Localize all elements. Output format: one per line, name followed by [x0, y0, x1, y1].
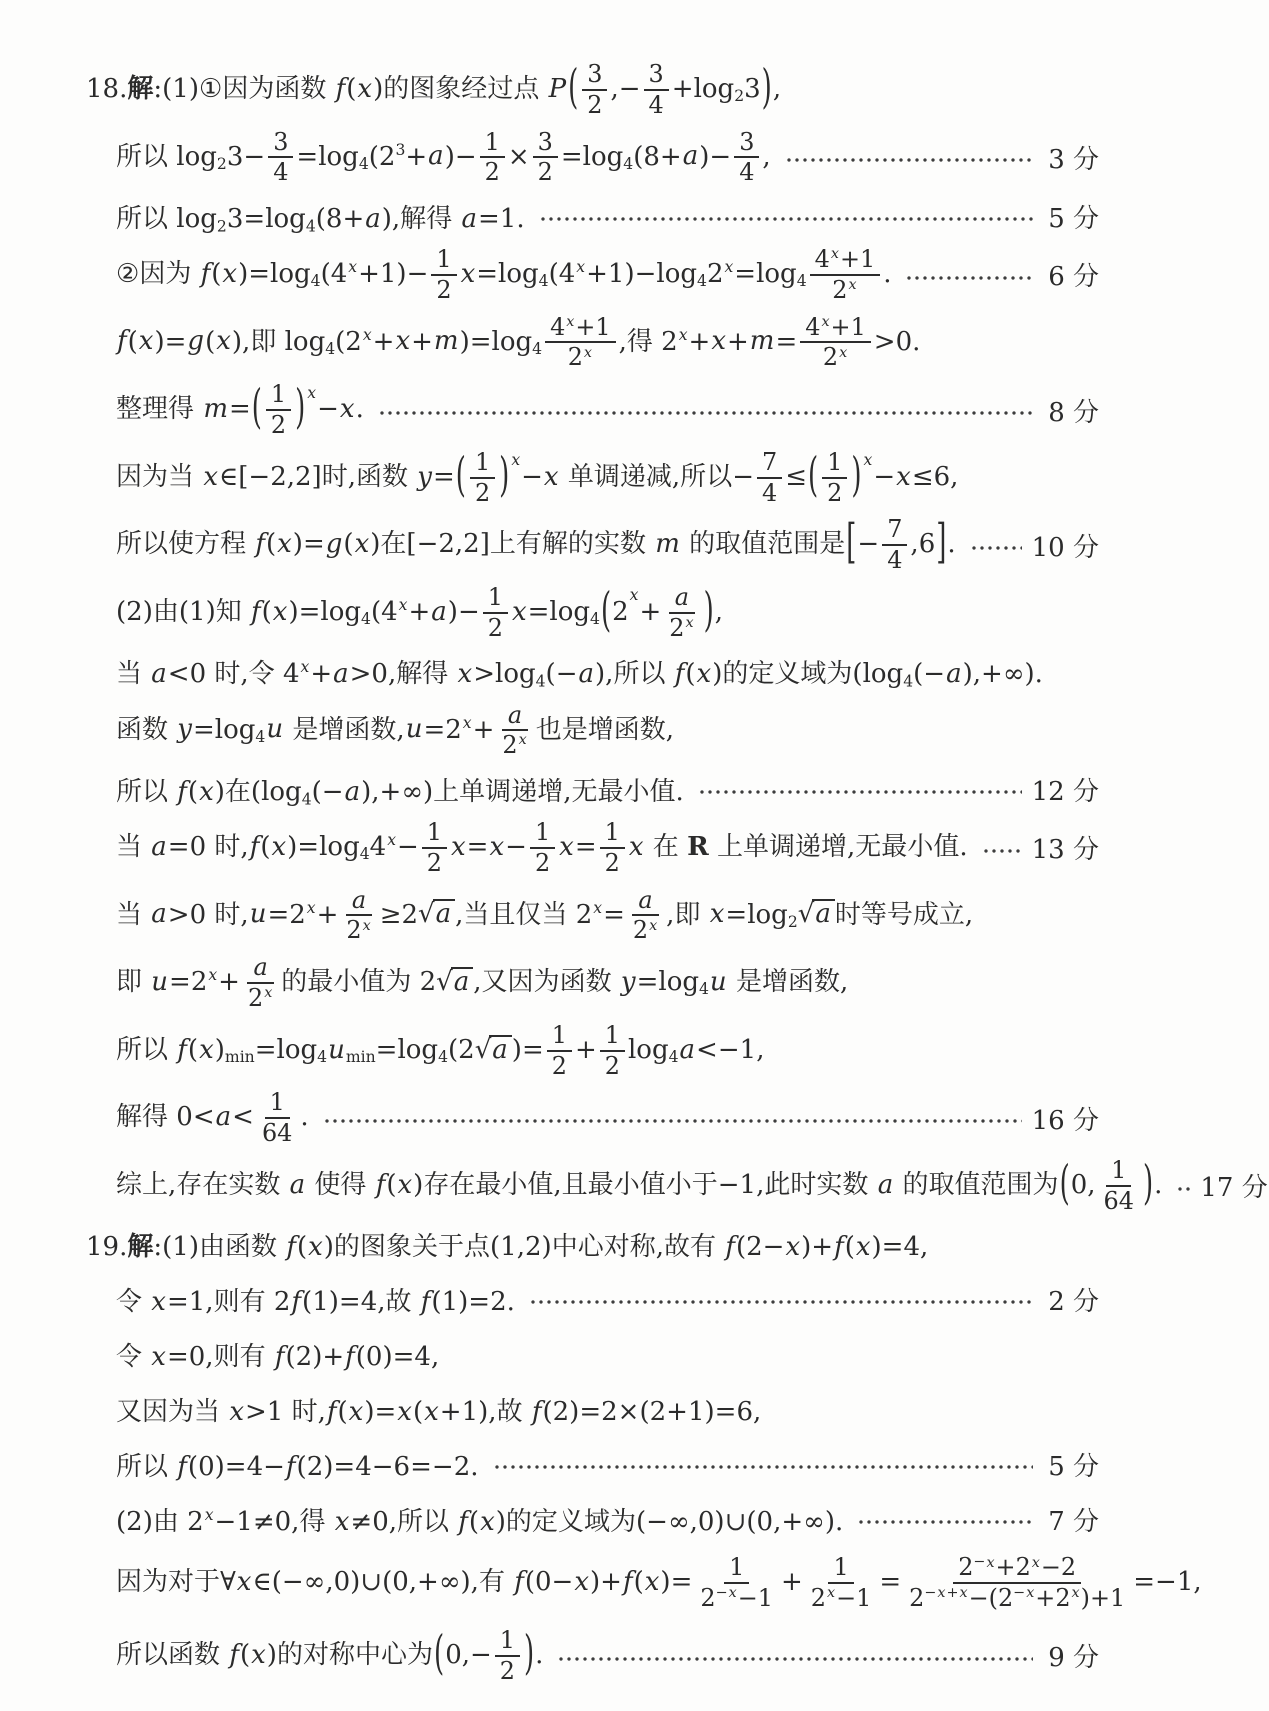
- fraction: 12−x−1: [695, 1553, 778, 1613]
- numerator: 1: [724, 1553, 749, 1584]
- superscript: x: [207, 966, 218, 984]
- superscript: −x: [716, 1585, 738, 1601]
- fraction: 12: [480, 128, 505, 188]
- line-content: 当 a=0 时,f(x)=log44x−12x=x−12x=12x 在 R 上单…: [116, 818, 968, 878]
- fraction: 34: [644, 60, 669, 120]
- superscript: x: [575, 258, 586, 276]
- superscript: x: [723, 258, 734, 276]
- line-content: f(x)=g(x),即 log4(2x+x+m)=log44x+12x,得 2x…: [116, 313, 920, 373]
- big-delimiter: [: [845, 516, 857, 570]
- fraction: 12: [547, 1021, 572, 1081]
- denominator: 2: [480, 158, 505, 187]
- subscript: 2: [788, 913, 798, 931]
- fraction: 32: [533, 128, 558, 188]
- line-content: 令 x=0,则有 f(2)+f(0)=4,: [116, 1336, 439, 1373]
- solution-line: 当 a>0 时,u=2x+a2x≥2√a,当且仅当 2x=a2x,即 x=log…: [116, 886, 1099, 946]
- fraction: 12: [483, 583, 508, 643]
- solution-line: 当 a<0 时,令 4x+a>0,解得 x>log4(−a),所以 f(x)的定…: [116, 651, 1099, 693]
- denominator: 2: [422, 849, 447, 878]
- superscript: x: [518, 732, 528, 748]
- superscript: x: [510, 451, 521, 469]
- big-delimiter: (: [600, 584, 612, 638]
- denominator: 2: [483, 614, 508, 643]
- superscript: x: [648, 918, 658, 934]
- numerator: a: [502, 701, 528, 732]
- dot-leader: [698, 788, 1022, 796]
- denominator: 4: [734, 158, 759, 187]
- fraction: 164: [1099, 1156, 1139, 1216]
- fraction: 12: [600, 818, 625, 878]
- numerator: 1: [480, 128, 505, 159]
- subscript: 4: [317, 1048, 327, 1066]
- superscript: x: [347, 258, 358, 276]
- fraction: 12: [530, 818, 555, 878]
- fraction: a2x: [243, 953, 278, 1013]
- solution-line: (2)由 2x−1≠0,得 x≠0,所以 f(x)的定义域为(−∞,0)∪(0,…: [116, 1498, 1099, 1540]
- numerator: a: [632, 886, 658, 917]
- subscript: min: [225, 1048, 255, 1066]
- denominator: 2x: [827, 276, 862, 305]
- superscript: x: [306, 899, 317, 917]
- line-content: (2)由 2x−1≠0,得 x≠0,所以 f(x)的定义域为(−∞,0)∪(0,…: [116, 1501, 843, 1538]
- solution-line: 又因为当 x>1 时,f(x)=x(x+1),故 f(2)=2×(2+1)=6,: [116, 1388, 1099, 1430]
- line-content: 又因为当 x>1 时,f(x)=x(x+1),故 f(2)=2×(2+1)=6,: [116, 1391, 761, 1428]
- score-label: 16 分: [1032, 1100, 1099, 1137]
- subscript: 4: [590, 610, 600, 628]
- numerator: 3: [734, 128, 759, 159]
- fraction: 4x+12x: [800, 313, 871, 373]
- dot-leader: [982, 847, 1022, 855]
- superscript: −x: [973, 1555, 995, 1571]
- superscript: x: [838, 345, 848, 361]
- score-label: 9 分: [1043, 1637, 1099, 1674]
- superscript: 3: [395, 141, 405, 159]
- score-label: 5 分: [1043, 198, 1099, 235]
- numerator: 1: [265, 1088, 290, 1119]
- line-content: 当 a<0 时,令 4x+a>0,解得 x>log4(−a),所以 f(x)的定…: [116, 653, 1043, 690]
- big-delimiter: (: [807, 449, 819, 503]
- numerator: 3: [533, 128, 558, 159]
- denominator: 2x: [341, 916, 376, 945]
- radical: √a: [798, 899, 835, 929]
- subscript: 4: [360, 845, 370, 863]
- denominator: 2x: [563, 343, 598, 372]
- subscript: min: [346, 1048, 376, 1066]
- denominator: 2x: [497, 731, 532, 760]
- superscript: x: [565, 314, 575, 330]
- score-label: 6 分: [1043, 256, 1099, 293]
- denominator: 64: [1099, 1187, 1139, 1216]
- superscript: x: [362, 918, 372, 934]
- numerator: 2−x+2x−2: [953, 1553, 1081, 1584]
- denominator: 2: [266, 411, 291, 440]
- numerator: a: [669, 583, 695, 614]
- big-delimiter: (: [567, 61, 579, 115]
- fraction: 4x+12x: [545, 313, 616, 373]
- superscript: x: [684, 615, 694, 631]
- numerator: 1: [422, 818, 447, 849]
- big-delimiter: (: [1059, 1157, 1071, 1211]
- fraction: 12x−1: [806, 1553, 877, 1613]
- score-label: 12 分: [1032, 771, 1099, 808]
- solution-line: 函数 y=log4u 是增函数,u=2x+a2x也是增函数,: [116, 701, 1099, 761]
- numerator: 1: [1106, 1156, 1131, 1187]
- subscript: 4: [797, 272, 807, 290]
- denominator: 2: [533, 158, 558, 187]
- subscript: 2: [217, 217, 227, 235]
- line-content: 所以函数 f(x)的对称中心为(0,−12).: [116, 1626, 543, 1686]
- line-content: 当 a>0 时,u=2x+a2x≥2√a,当且仅当 2x=a2x,即 x=log…: [116, 886, 973, 946]
- superscript: x: [1031, 1555, 1041, 1571]
- solution-line: 所以 f(x)min=log4umin=log4(2√a)=12+12log4a…: [116, 1021, 1099, 1081]
- solution-line: f(x)=g(x),即 log4(2x+x+m)=log44x+12x,得 2x…: [116, 313, 1099, 373]
- fraction: 12: [822, 448, 847, 508]
- fraction: 12: [431, 245, 456, 305]
- score-label: 5 分: [1043, 1446, 1099, 1483]
- subscript: 4: [361, 610, 371, 628]
- subscript: 4: [311, 272, 321, 290]
- line-content: 19.解:(1)由函数 f(x)的图象关于点(1,2)中心对称,故有 f(2−x…: [86, 1226, 928, 1263]
- superscript: x: [820, 314, 830, 330]
- fraction: 12: [495, 1626, 520, 1686]
- numerator: 1: [600, 1021, 625, 1052]
- big-delimiter: ): [523, 1627, 535, 1681]
- solution-line: 所以使方程 f(x)=g(x)在[−2,2]上有解的实数 m 的取值范围是[−7…: [116, 515, 1099, 575]
- subscript: 2: [734, 87, 744, 105]
- numerator: 3: [268, 128, 293, 159]
- line-content: 因为对于∀x∈(−∞,0)∪(0,+∞),有 f(0−x)+f(x)=12−x−…: [116, 1553, 1202, 1613]
- subscript: 4: [669, 1048, 679, 1066]
- numerator: 1: [600, 818, 625, 849]
- big-delimiter: ): [761, 61, 773, 115]
- superscript: x: [629, 586, 640, 604]
- superscript: x: [863, 451, 874, 469]
- numerator: a: [247, 953, 273, 984]
- subscript: 4: [255, 728, 265, 746]
- dot-leader: [529, 1298, 1033, 1306]
- score-label: 8 分: [1043, 392, 1099, 429]
- denominator: 2: [547, 1052, 572, 1081]
- numerator: 1: [822, 448, 847, 479]
- dot-leader: [905, 274, 1033, 282]
- dot-leader: [493, 1463, 1034, 1471]
- document-page: 18.解:(1)①因为函数 f(x)的图象经过点 P(32,−34+log23)…: [0, 0, 1269, 1711]
- denominator: 2x: [628, 916, 663, 945]
- denominator: 2x: [818, 343, 853, 372]
- big-delimiter: ): [703, 584, 715, 638]
- denominator: 2−x−1: [695, 1584, 778, 1613]
- dot-leader: [970, 544, 1022, 552]
- numerator: 1: [530, 818, 555, 849]
- fraction: 12: [422, 818, 447, 878]
- subscript: 4: [302, 790, 312, 808]
- denominator: 2: [470, 479, 495, 508]
- solution-line: 因为对于∀x∈(−∞,0)∪(0,+∞),有 f(0−x)+f(x)=12−x−…: [116, 1553, 1099, 1613]
- numerator: 3: [582, 60, 607, 91]
- numerator: 1: [483, 583, 508, 614]
- line-content: 所以 f(x)在(log4(−a),+∞)上单调递增,无最小值.: [116, 771, 684, 808]
- denominator: 4: [882, 546, 907, 575]
- line-content: 综上,存在实数 a 使得 f(x)存在最小值,且最小值小于−1,此时实数 a 的…: [116, 1156, 1162, 1216]
- score-label: 3 分: [1043, 139, 1099, 176]
- subscript: 4: [903, 672, 913, 690]
- big-delimiter: (: [251, 381, 263, 435]
- solution-line: (2)由(1)知 f(x)=log4(4x+a)−12x=log4(2x+a2x…: [116, 583, 1099, 643]
- solution-line: ②因为 f(x)=log4(4x+1)−12x=log4(4x+1)−log42…: [116, 245, 1099, 305]
- line-content: 所以 f(0)=4−f(2)=4−6=−2.: [116, 1446, 479, 1483]
- score-label: 17 分: [1200, 1167, 1256, 1204]
- superscript: x: [362, 326, 373, 344]
- solution-line: 所以 log23=log4(8+a),解得 a=1.5 分: [116, 195, 1099, 237]
- subscript: 4: [306, 217, 316, 235]
- fraction: 2−x+2x−22−x+x−(2−x+2x)+1: [904, 1553, 1130, 1613]
- solution-line: 令 x=0,则有 f(2)+f(0)=4,: [116, 1333, 1099, 1375]
- fraction: 34: [268, 128, 293, 188]
- numerator: 1: [495, 1626, 520, 1657]
- superscript: x: [830, 246, 840, 262]
- denominator: 4: [268, 158, 293, 187]
- solution-line: 18.解:(1)①因为函数 f(x)的图象经过点 P(32,−34+log23)…: [86, 60, 1099, 120]
- fraction: 12: [266, 380, 291, 440]
- denominator: 2: [530, 849, 555, 878]
- solution-line: 因为当 x∈[−2,2]时,函数 y=(12)x−x 单调递减,所以−74≤(1…: [116, 448, 1099, 508]
- denominator: 2−x+x−(2−x+2x)+1: [904, 1584, 1130, 1613]
- big-delimiter: ): [498, 449, 510, 503]
- fraction: 32: [582, 60, 607, 120]
- numerator: a: [346, 886, 372, 917]
- superscript: x: [306, 384, 317, 402]
- big-delimiter: (: [433, 1627, 445, 1681]
- superscript: x: [583, 345, 593, 361]
- denominator: 2: [822, 479, 847, 508]
- denominator: 2: [431, 276, 456, 305]
- subscript: 4: [539, 272, 549, 290]
- subscript: 4: [623, 155, 633, 173]
- fraction: 12: [600, 1021, 625, 1081]
- line-content: ②因为 f(x)=log4(4x+1)−12x=log4(4x+1)−log42…: [116, 245, 891, 305]
- subscript: 4: [697, 272, 707, 290]
- superscript: x: [204, 1506, 215, 1524]
- solution-line: 所以 log23−34=log4(23+a)−12×32=log4(8+a)−3…: [116, 128, 1099, 188]
- subscript: 4: [536, 672, 546, 690]
- subscript: 2: [217, 155, 227, 173]
- line-content: 所以 f(x)min=log4umin=log4(2√a)=12+12log4a…: [116, 1021, 764, 1081]
- fraction: a2x: [497, 701, 532, 761]
- line-content: 函数 y=log4u 是增函数,u=2x+a2x也是增函数,: [116, 701, 674, 761]
- subscript: 4: [359, 155, 369, 173]
- big-delimiter: ): [294, 381, 306, 435]
- line-content: 所以使方程 f(x)=g(x)在[−2,2]上有解的实数 m 的取值范围是[−7…: [116, 515, 956, 575]
- numerator: 4x+1: [545, 313, 616, 344]
- numerator: 1: [547, 1021, 572, 1052]
- subscript: 4: [699, 980, 709, 998]
- score-label: 2 分: [1043, 1281, 1099, 1318]
- numerator: 4x+1: [810, 245, 881, 276]
- radical: √a: [418, 899, 455, 929]
- score-label: 7 分: [1043, 1501, 1099, 1538]
- numerator: 1: [431, 245, 456, 276]
- numerator: 4x+1: [800, 313, 871, 344]
- solution-line: 所以 f(x)在(log4(−a),+∞)上单调递增,无最小值.12 分: [116, 768, 1099, 810]
- denominator: 2: [495, 1657, 520, 1686]
- solution-line: 所以 f(0)=4−f(2)=4−6=−2.5 分: [116, 1443, 1099, 1485]
- solution-line: 解得 0<a<164.16 分: [116, 1088, 1099, 1148]
- line-content: 所以 log23−34=log4(23+a)−12×32=log4(8+a)−3…: [116, 128, 771, 188]
- dot-leader: [323, 1117, 1022, 1125]
- fraction: a2x: [628, 886, 663, 946]
- big-delimiter: (: [455, 449, 467, 503]
- question-18-solution: 18.解:(1)①因为函数 f(x)的图象经过点 P(32,−34+log23)…: [0, 60, 1099, 1215]
- denominator: 4: [644, 91, 669, 120]
- superscript: x: [300, 658, 311, 676]
- dot-leader: [857, 1518, 1033, 1526]
- denominator: 4: [757, 479, 782, 508]
- line-content: 所以 log23=log4(8+a),解得 a=1.: [116, 198, 525, 235]
- solution-line: 整理得 m=(12)x−x.8 分: [116, 380, 1099, 440]
- numerator: 1: [470, 448, 495, 479]
- score-label: 13 分: [1032, 829, 1099, 866]
- superscript: x: [386, 831, 397, 849]
- fraction: 74: [757, 448, 782, 508]
- superscript: x: [1071, 1585, 1081, 1601]
- solution-line: 即 u=2x+a2x的最小值为 2√a,又因为函数 y=log4u 是增函数,: [116, 953, 1099, 1013]
- solution-line: 所以函数 f(x)的对称中心为(0,−12).9 分: [116, 1626, 1099, 1686]
- superscript: x: [398, 596, 409, 614]
- subscript: 4: [325, 340, 335, 358]
- dot-leader: [1176, 1185, 1190, 1193]
- fraction: 34: [734, 128, 759, 188]
- superscript: x: [462, 714, 473, 732]
- denominator: 2: [600, 1052, 625, 1081]
- denominator: 2x−1: [806, 1584, 877, 1613]
- line-content: 因为当 x∈[−2,2]时,函数 y=(12)x−x 单调递减,所以−74≤(1…: [116, 448, 958, 508]
- superscript: x: [678, 326, 689, 344]
- solution-line: 综上,存在实数 a 使得 f(x)存在最小值,且最小值小于−1,此时实数 a 的…: [116, 1156, 1099, 1216]
- fraction: a2x: [341, 886, 376, 946]
- superscript: x: [592, 899, 603, 917]
- line-content: 令 x=1,则有 2f(1)=4,故 f(1)=2.: [116, 1281, 515, 1318]
- solution-line: 19.解:(1)由函数 f(x)的图象关于点(1,2)中心对称,故有 f(2−x…: [86, 1223, 1099, 1265]
- fraction: 12: [470, 448, 495, 508]
- solution-line: 当 a=0 时,f(x)=log44x−12x=x−12x=12x 在 R 上单…: [116, 818, 1099, 878]
- dot-leader: [557, 1655, 1033, 1663]
- fraction: 4x+12x: [810, 245, 881, 305]
- numerator: 1: [266, 380, 291, 411]
- big-delimiter: ]: [935, 516, 947, 570]
- line-content: 整理得 m=(12)x−x.: [116, 380, 364, 440]
- superscript: x: [847, 277, 857, 293]
- radical: √a: [475, 1035, 512, 1065]
- fraction: 74: [882, 515, 907, 575]
- numerator: 1: [828, 1553, 853, 1584]
- question-19-solution: 19.解:(1)由函数 f(x)的图象关于点(1,2)中心对称,故有 f(2−x…: [0, 1223, 1099, 1685]
- subscript: 4: [532, 340, 542, 358]
- dot-leader: [378, 409, 1033, 417]
- line-content: 解得 0<a<164.: [116, 1088, 309, 1148]
- line-content: (2)由(1)知 f(x)=log4(4x+a)−12x=log4(2x+a2x…: [116, 583, 723, 643]
- superscript: −x+x: [924, 1585, 968, 1601]
- dot-leader: [539, 215, 1033, 223]
- superscript: x: [826, 1585, 836, 1601]
- denominator: 2: [600, 849, 625, 878]
- numerator: 3: [644, 60, 669, 91]
- denominator: 64: [257, 1119, 297, 1148]
- subscript: 4: [438, 1048, 448, 1066]
- superscript: −x: [1013, 1585, 1035, 1601]
- line-content: 18.解:(1)①因为函数 f(x)的图象经过点 P(32,−34+log23)…: [86, 60, 781, 120]
- fraction: a2x: [664, 583, 699, 643]
- dot-leader: [785, 156, 1033, 164]
- superscript: x: [263, 985, 273, 1001]
- denominator: 2x: [664, 614, 699, 643]
- radical: √a: [436, 967, 473, 997]
- line-content: 即 u=2x+a2x的最小值为 2√a,又因为函数 y=log4u 是增函数,: [116, 953, 848, 1013]
- big-delimiter: ): [1142, 1157, 1154, 1211]
- solution-line: 令 x=1,则有 2f(1)=4,故 f(1)=2.2 分: [116, 1278, 1099, 1320]
- numerator: 7: [757, 448, 782, 479]
- denominator: 2: [582, 91, 607, 120]
- score-label: 10 分: [1032, 527, 1099, 564]
- big-delimiter: ): [850, 449, 862, 503]
- fraction: 164: [257, 1088, 297, 1148]
- numerator: 7: [882, 515, 907, 546]
- denominator: 2x: [243, 984, 278, 1013]
